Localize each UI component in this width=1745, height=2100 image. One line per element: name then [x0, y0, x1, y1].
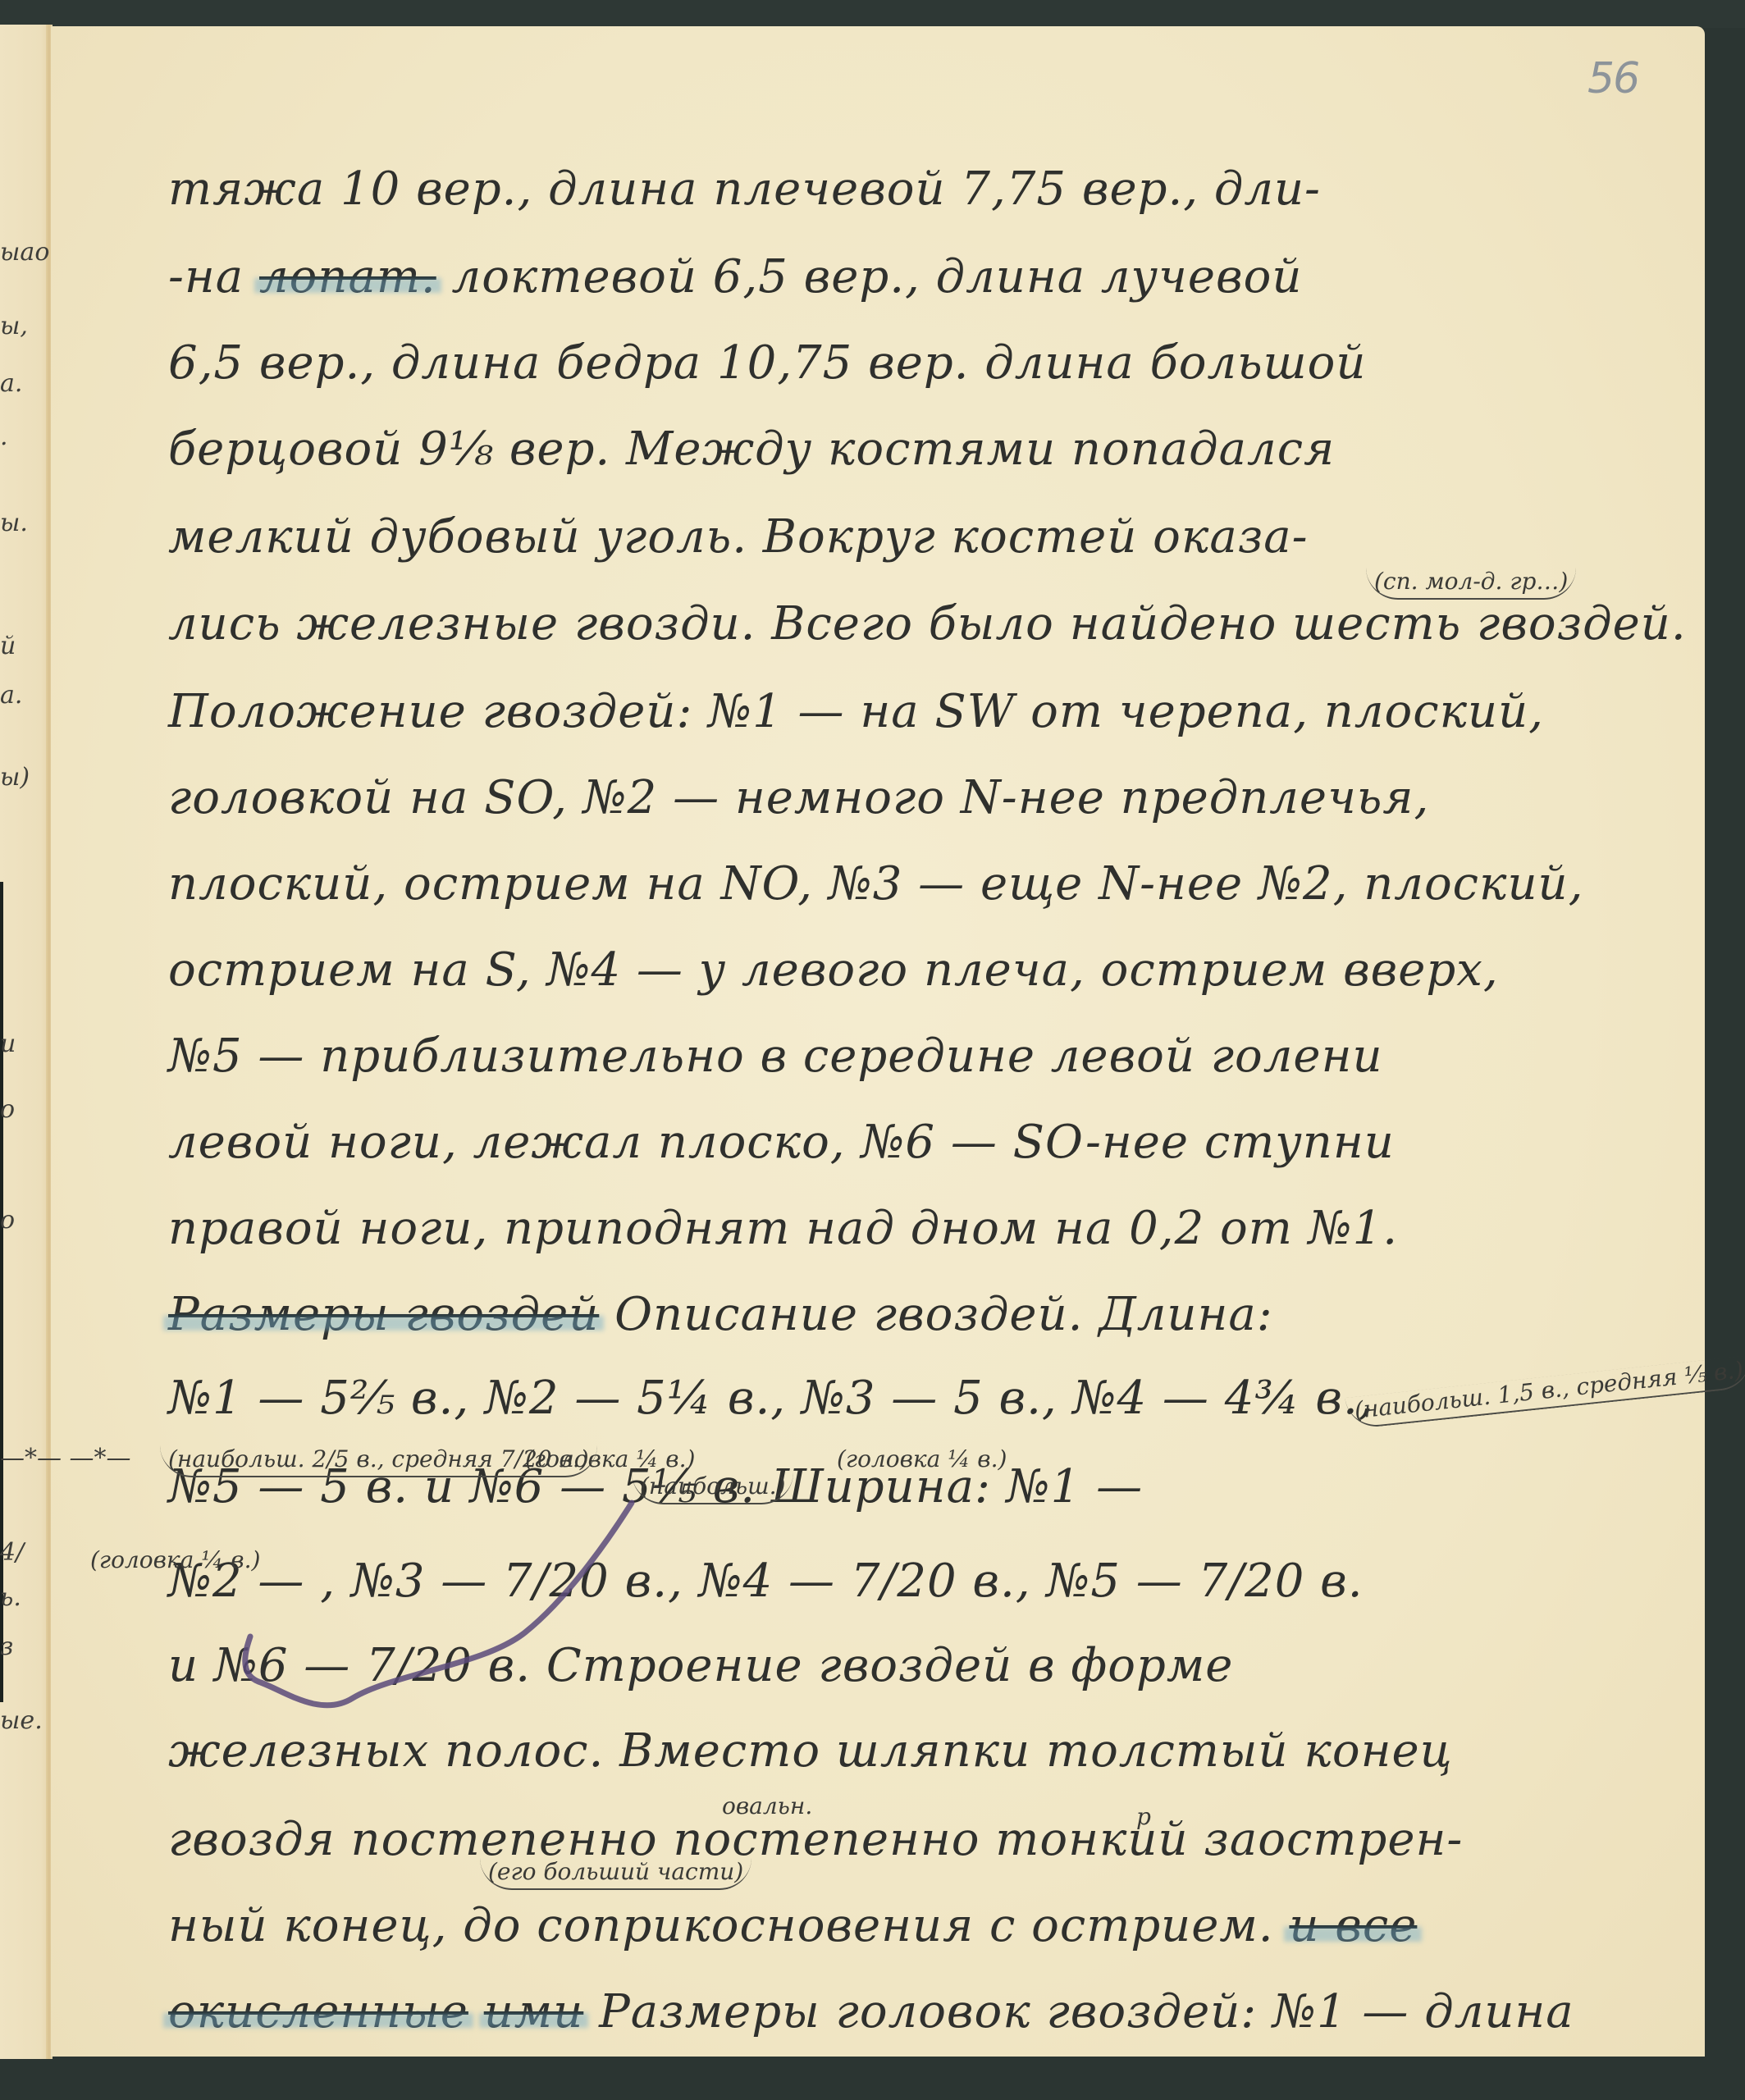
purple-ink-stroke — [0, 0, 1745, 2100]
